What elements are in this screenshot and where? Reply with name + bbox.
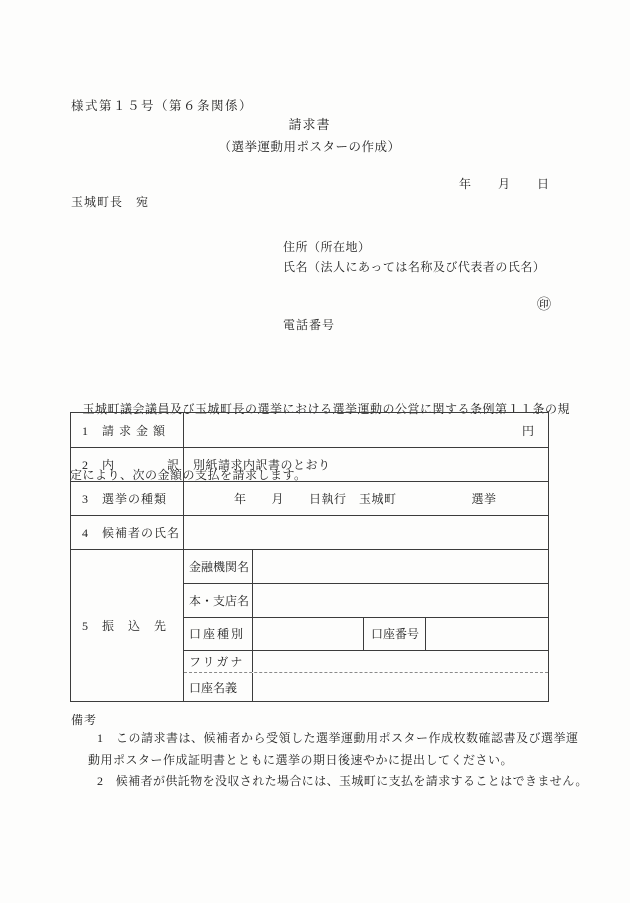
page-title: 請求書 xyxy=(70,114,549,133)
branch-name-row: 本・支店名 xyxy=(184,583,548,617)
name-label: 氏名（法人にあっては名称及び代表者の氏名） xyxy=(283,258,545,275)
date-field: 年 月 日 xyxy=(70,175,550,192)
account-type-value xyxy=(253,618,364,651)
account-holder-row: 口座名義 xyxy=(184,672,548,701)
furigana-value xyxy=(253,651,548,672)
page-subtitle: （選挙運動用ポスターの作成） xyxy=(70,137,549,155)
breakdown-label: 2 内 訳 xyxy=(71,448,184,481)
phone-label: 電話番号 xyxy=(283,316,335,333)
seal-icon: ㊞ xyxy=(537,294,551,314)
breakdown-value: 別紙請求内訳書のとおり xyxy=(184,448,548,481)
branch-name-value xyxy=(253,584,548,617)
account-number-value xyxy=(426,618,548,651)
note-1-line-1: 1 この請求書は、候補者から受領した選挙運動用ポスター作成枚数確認書及び選挙運 xyxy=(97,729,579,746)
election-type-label: 3 選挙の種類 xyxy=(71,482,184,515)
furigana-label: フリガナ xyxy=(184,651,253,672)
bank-name-label: 金融機関名 xyxy=(184,550,253,583)
election-type-value: 年 月 日執行 玉城町 選挙 xyxy=(184,482,548,515)
candidate-name-value xyxy=(184,516,548,549)
addressee: 玉城町長 宛 xyxy=(71,193,149,210)
account-number-label: 口座番号 xyxy=(364,618,426,651)
account-type-label: 口座種別 xyxy=(184,618,253,651)
transfer-account-label: 5 振 込 先 xyxy=(71,550,184,701)
claim-amount-unit: 円 xyxy=(522,422,534,439)
row-transfer-account: 5 振 込 先 金融機関名 本・支店名 口座種別 口座番号 フリ xyxy=(71,549,548,701)
row-candidate-name: 4 候補者の氏名 xyxy=(71,515,548,549)
candidate-name-label: 4 候補者の氏名 xyxy=(71,516,184,549)
branch-name-label: 本・支店名 xyxy=(184,584,253,617)
bank-name-row: 金融機関名 xyxy=(184,550,548,583)
note-2: 2 候補者が供託物を没収された場合には、玉城町に支払を請求することはできません。 xyxy=(97,772,588,789)
account-type-row: 口座種別 口座番号 xyxy=(184,617,548,651)
furigana-row: フリガナ xyxy=(184,650,548,672)
row-election-type: 3 選挙の種類 年 月 日執行 玉城町 選挙 xyxy=(71,481,548,515)
claim-amount-label: 1 請 求 金 額 xyxy=(71,413,184,447)
notes-heading: 備考 xyxy=(71,711,97,728)
document-page: 様式第１５号（第６条関係） 請求書 （選挙運動用ポスターの作成） 年 月 日 玉… xyxy=(0,0,630,903)
note-1-line-2: 動用ポスター作成証明書とともに選挙の期日後速やかに提出してください。 xyxy=(88,751,513,768)
bank-subtable: 金融機関名 本・支店名 口座種別 口座番号 フリガナ xyxy=(184,550,548,701)
form-number: 様式第１５号（第６条関係） xyxy=(71,96,253,114)
claim-amount-value: 円 xyxy=(184,413,548,447)
account-holder-label: 口座名義 xyxy=(184,673,253,701)
bank-name-value xyxy=(253,550,548,583)
account-holder-value xyxy=(253,673,548,701)
address-label: 住所（所在地） xyxy=(283,238,371,255)
row-claim-amount: 1 請 求 金 額 円 xyxy=(71,413,548,447)
row-breakdown: 2 内 訳 別紙請求内訳書のとおり xyxy=(71,447,548,481)
claim-table: 1 請 求 金 額 円 2 内 訳 別紙請求内訳書のとおり 3 選挙の種類 年 … xyxy=(70,412,549,702)
